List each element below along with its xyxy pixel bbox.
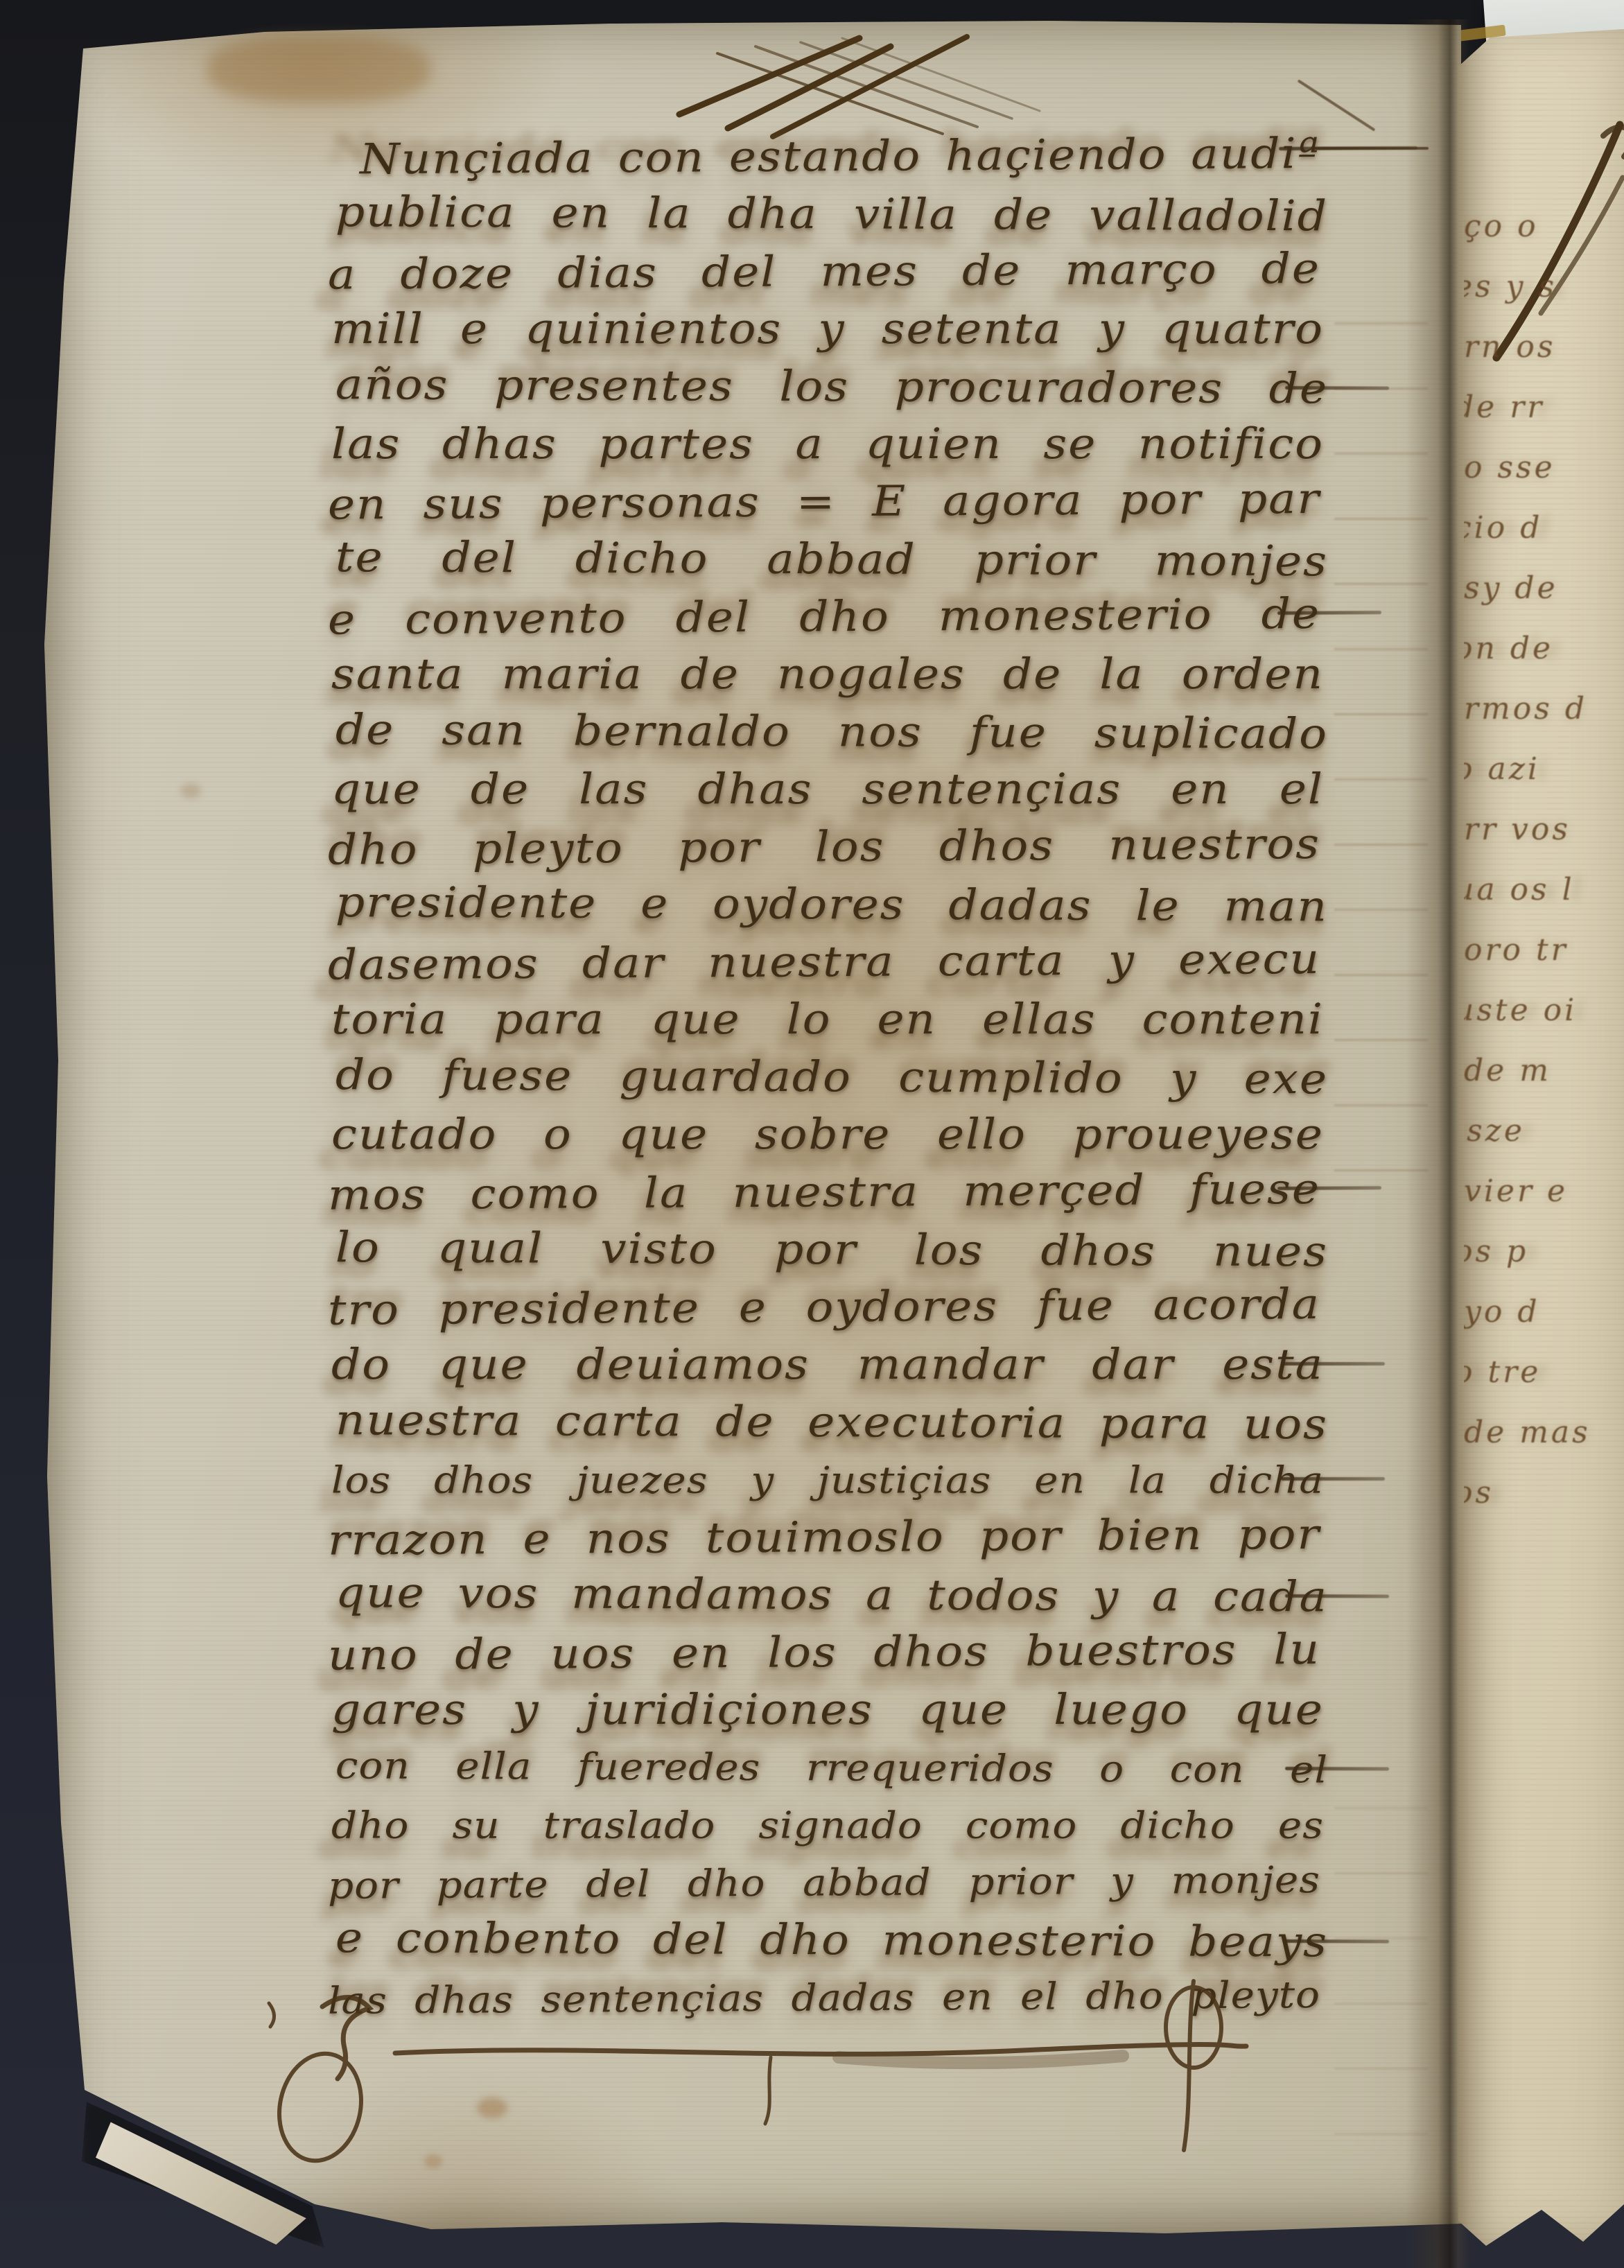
manuscript-line: Nunçiada con estando haçiendo audiªNunçi… xyxy=(328,126,1320,190)
handwritten-text: toria para que lo en ellas conteni xyxy=(331,994,1324,1045)
fragment-line: ua os lua os l xyxy=(1464,870,1624,930)
fragment-line: ço oço o xyxy=(1464,207,1624,267)
handwritten-text: e conbento del dho monesterio beays xyxy=(335,1912,1328,1968)
next-folio-text-fragments: ço oço oes y ses y srn osrn osde rrde rr… xyxy=(1464,207,1624,1565)
manuscript-line: gares y juridiçiones que luego quegares … xyxy=(331,1682,1324,1740)
handwritten-text: dasemos dar nuestra carta y execu xyxy=(328,934,1320,991)
handwritten-text: cutado o que sobre ello proueyese xyxy=(331,1109,1324,1160)
manuscript-line: publica en la dha villa de valladolidpub… xyxy=(335,184,1328,246)
handwritten-text: isze xyxy=(1464,1111,1614,1151)
fragment-line: rmos drmos d xyxy=(1464,689,1624,749)
manuscript-line: e convento del dho monesterio dee conven… xyxy=(328,586,1320,650)
handwritten-text: çio d xyxy=(1464,508,1614,548)
handwritten-text: es y s xyxy=(1464,267,1614,307)
fragment-line: çio dçio d xyxy=(1464,508,1624,568)
handwritten-text: os p xyxy=(1464,1232,1614,1272)
handwritten-text: de rr xyxy=(1464,387,1614,428)
manuscript-line: santa maria de nogales de la ordensanta … xyxy=(331,647,1324,704)
manuscript-photo: Nunçiada con estando haçiendo audiªNunçi… xyxy=(0,0,1624,2268)
handwritten-text: presidente e oydores dadas le man xyxy=(335,877,1328,932)
manuscript-line: a doze dias del mes de março dea doze di… xyxy=(328,241,1320,305)
handwritten-text: on de xyxy=(1464,629,1614,669)
handwritten-text: vier e xyxy=(1464,1171,1624,1212)
handwritten-text: uno de uos en los dhos buestros lu xyxy=(328,1624,1320,1681)
fragment-line: oro troro tr xyxy=(1464,930,1624,991)
handwritten-text: rr vos xyxy=(1464,810,1624,850)
manuscript-line: dasemos dar nuestra carta y execudasemos… xyxy=(328,932,1320,995)
handwritten-text: de m xyxy=(1464,1051,1624,1091)
manuscript-line: que de las dhas sentençias en elque de l… xyxy=(331,762,1324,819)
manuscript-text-block: Nunçiada con estando haçiendo audiªNunçi… xyxy=(331,129,1324,2027)
handwritten-text: e convento del dho monesterio de xyxy=(328,588,1320,645)
fragment-line: sy desy de xyxy=(1464,568,1624,629)
fragment-line: o treo tre xyxy=(1464,1352,1624,1413)
fragment-line: o sseo sse xyxy=(1464,448,1624,508)
fragment-line: rn osrn os xyxy=(1464,327,1624,387)
handwritten-text: los dhos juezes y justiçias en la dicha xyxy=(331,1454,1324,1506)
fragment-line: es y ses y s xyxy=(1464,267,1624,327)
fragment-line: osos xyxy=(1464,1473,1624,1533)
handwritten-text: mill e quinientos y setenta y quatro xyxy=(331,304,1324,355)
closing-flourish-icon xyxy=(256,1975,1296,2183)
handwritten-text: de mas xyxy=(1464,1413,1624,1453)
foxing-spot xyxy=(180,783,201,799)
handwritten-text: uste oi xyxy=(1464,991,1614,1031)
manuscript-line: presidente e oydores dadas le manpreside… xyxy=(335,875,1328,936)
handwritten-text: o azi xyxy=(1464,749,1614,790)
manuscript-line: que vos mandamos a todos y a cadaque vos… xyxy=(335,1565,1328,1627)
handwritten-text: Nunçiada con estando haçiendo audiª xyxy=(328,128,1320,185)
handwritten-text: do que deuiamos mandar dar esta xyxy=(331,1339,1324,1390)
fragment-line: uste oiuste oi xyxy=(1464,991,1624,1051)
handwritten-text: gares y juridiçiones que luego que xyxy=(331,1684,1324,1736)
fragment-line: o azio azi xyxy=(1464,749,1624,810)
handwritten-text: te del dicho abbad prior monjes xyxy=(335,532,1328,587)
fragment-line: de rrde rr xyxy=(1464,387,1624,448)
handwritten-text: que de las dhas sentençias en el xyxy=(331,764,1324,815)
fragment-line: de mde m xyxy=(1464,1051,1624,1111)
handwritten-text: rmos d xyxy=(1464,689,1624,729)
handwritten-text: tro presidente e oydores fue acorda xyxy=(328,1279,1320,1336)
handwritten-text: yo d xyxy=(1464,1292,1624,1332)
manuscript-line: mill e quinientos y setenta y quatromill… xyxy=(331,302,1324,359)
handwritten-text: santa maria de nogales de la orden xyxy=(331,649,1324,700)
handwritten-text: o tre xyxy=(1464,1352,1614,1393)
handwritten-text: publica en la dha villa de valladolid xyxy=(335,186,1328,242)
handwritten-text: o sse xyxy=(1464,448,1624,488)
manuscript-line: uno de uos en los dhos buestros luuno de… xyxy=(328,1622,1320,1686)
handwritten-text: que vos mandamos a todos y a cada xyxy=(335,1567,1328,1623)
handwritten-text: las dhas partes a quien se notifico xyxy=(331,419,1324,470)
top-edge-stain xyxy=(208,36,430,103)
manuscript-line: las dhas partes a quien se notificolas d… xyxy=(331,417,1324,474)
manuscript-line: do que deuiamos mandar dar estado que de… xyxy=(331,1337,1324,1395)
manuscript-line: toria para que lo en ellas contenitoria … xyxy=(331,992,1324,1049)
handwritten-text: oro tr xyxy=(1464,930,1624,970)
handwritten-text: os xyxy=(1464,1473,1614,1513)
handwritten-text: ua os l xyxy=(1464,870,1614,910)
fragment-line: yo dyo d xyxy=(1464,1292,1624,1352)
manuscript-line: tro presidente e oydores fue acordatro p… xyxy=(328,1277,1320,1341)
manuscript-line: cutado o que sobre ello proueyesecutado … xyxy=(331,1107,1324,1164)
handwritten-text: lo qual visto por los dhos nues xyxy=(335,1222,1328,1277)
handwritten-text: rn os xyxy=(1464,327,1624,367)
manuscript-line: dho su traslado signado como dicho esdho… xyxy=(331,1797,1324,1855)
fragment-line: iszeisze xyxy=(1464,1111,1624,1171)
fragment-line: on deon de xyxy=(1464,629,1624,689)
handwritten-text: a doze dias del mes de março de xyxy=(328,243,1320,300)
handwritten-text: dho su traslado signado como dicho es xyxy=(331,1799,1324,1851)
gutter-fold-shadow xyxy=(1406,19,1475,2268)
fragment-line: os pos p xyxy=(1464,1232,1624,1292)
fragment-line: de masde mas xyxy=(1464,1413,1624,1473)
handwritten-text: ço o xyxy=(1464,207,1624,247)
fragment-line: vier evier e xyxy=(1464,1171,1624,1232)
fragment-line: rr vosrr vos xyxy=(1464,810,1624,870)
manuscript-line: los dhos juezes y justiçias en la dichal… xyxy=(331,1452,1324,1510)
handwritten-text: sy de xyxy=(1464,568,1624,609)
